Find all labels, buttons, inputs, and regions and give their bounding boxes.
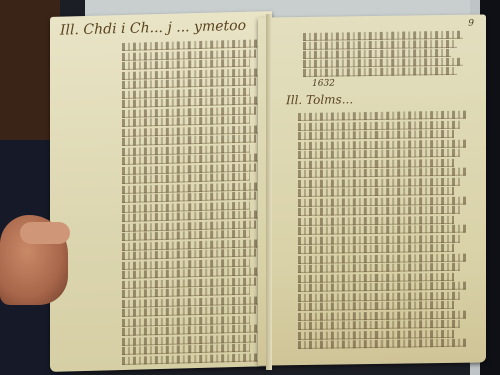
handwritten-line bbox=[298, 225, 466, 235]
handwritten-line bbox=[298, 177, 460, 187]
manuscript-left-page: Ill. Chdi i Ch... j ... ymetoo bbox=[50, 11, 272, 372]
manuscript-right-page: 9 Ill. Tolms... 1632 bbox=[258, 14, 486, 365]
handwritten-line bbox=[298, 329, 454, 339]
handwritten-line bbox=[298, 272, 454, 282]
handwritten-line bbox=[298, 120, 460, 130]
year-note: 1632 bbox=[312, 79, 335, 89]
handwritten-line bbox=[298, 206, 460, 216]
handwritten-line bbox=[298, 234, 460, 244]
handwritten-line bbox=[298, 130, 454, 140]
right-page-heading: Ill. Tolms... bbox=[286, 92, 353, 107]
handwritten-line bbox=[298, 320, 460, 330]
handwritten-line bbox=[298, 196, 466, 206]
handwritten-line bbox=[298, 244, 454, 254]
book-spine bbox=[266, 14, 272, 370]
handwritten-line bbox=[298, 158, 454, 168]
left-page-heading: Ill. Chdi i Ch... j ... ymetoo bbox=[60, 18, 246, 39]
handwritten-line bbox=[298, 253, 466, 263]
handwritten-line bbox=[122, 353, 262, 365]
thumb bbox=[20, 222, 70, 244]
handwritten-line bbox=[298, 301, 454, 311]
handwritten-line bbox=[303, 67, 457, 77]
handwritten-line bbox=[298, 310, 466, 320]
handwritten-line bbox=[298, 339, 466, 349]
handwritten-line bbox=[298, 168, 466, 178]
handwritten-line bbox=[298, 187, 454, 197]
handwritten-line bbox=[298, 139, 466, 149]
handwritten-line bbox=[298, 291, 460, 301]
page-number: 9 bbox=[468, 19, 474, 29]
handwritten-line bbox=[298, 215, 454, 225]
handwritten-line bbox=[298, 263, 460, 273]
handwritten-line bbox=[298, 149, 460, 159]
handwritten-line bbox=[298, 282, 466, 292]
handwritten-line bbox=[298, 111, 466, 121]
